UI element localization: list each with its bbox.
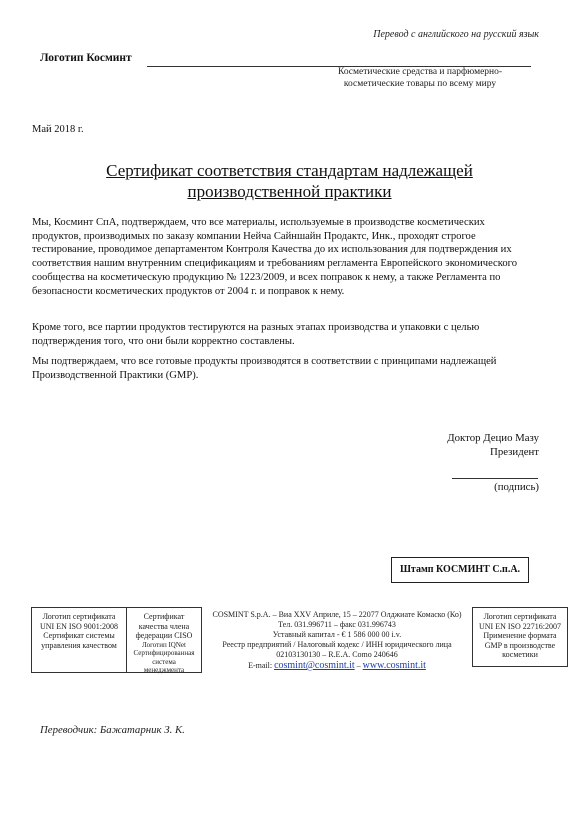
translator-credit: Переводчик: Бажатарник З. К. — [40, 724, 185, 736]
link-separator: – — [355, 661, 363, 670]
body-paragraph-1: Мы, Косминт СпА, подтверждаем, что все м… — [32, 216, 532, 298]
cert-line: косметики — [473, 650, 567, 660]
cert-line: Логотип сертификата — [32, 612, 126, 622]
cert-line: Логотип сертификата — [473, 612, 567, 622]
company-tagline: Косметические средства и парфюмерно- кос… — [320, 67, 520, 90]
cert-line: UNI EN ISO 9001:2008 — [32, 622, 126, 632]
cert-line: управления качеством — [32, 641, 126, 651]
tagline-line-2: косметические товары по всему миру — [320, 79, 520, 91]
cert-line: качества члена — [127, 622, 201, 632]
cert-line: Сертификат системы — [32, 631, 126, 641]
signatory-name: Доктор Децио Мазу — [447, 431, 539, 445]
signature-caption: (подпись) — [494, 481, 539, 493]
cert-line: Применение формата — [473, 631, 567, 641]
cert-line: федерации CISO — [127, 631, 201, 641]
cert-line: менеджмента — [127, 666, 201, 675]
cert-line: UNI EN ISO 22716:2007 — [473, 622, 567, 632]
company-phone-fax: Тел. 031.996711 – факс 031.996743 — [208, 620, 466, 630]
cert-line: GMP в производстве — [473, 641, 567, 651]
cert-line: Логотип IQNet — [127, 641, 201, 650]
title-line-2: производственной практики — [0, 181, 579, 202]
company-address: COSMINT S.p.A. – Виа XXV Априле, 15 – 22… — [208, 610, 466, 620]
ciso-cert-box: Сертификат качества члена федерации CISO… — [126, 607, 202, 673]
signature-line — [452, 478, 538, 479]
website-link[interactable]: www.cosmint.it — [363, 660, 426, 671]
company-contact-info: COSMINT S.p.A. – Виа XXV Априле, 15 – 22… — [208, 610, 466, 671]
company-logo-placeholder: Логотип Косминт — [40, 52, 132, 64]
company-registry-number: 02103130130 – R.E.A. Como 240646 — [208, 650, 466, 660]
cert-line: система — [127, 658, 201, 667]
cert-line: Сертификат — [127, 612, 201, 622]
body-paragraph-3: Мы подтверждаем, что все готовые продукт… — [32, 355, 532, 382]
title-line-1: Сертификат соответствия стандартам надле… — [0, 160, 579, 181]
cert-line: Сертифицированная — [127, 649, 201, 658]
iso-22716-cert-box: Логотип сертификата UNI EN ISO 22716:200… — [472, 607, 568, 667]
translation-note: Перевод с английского на русский язык — [373, 29, 539, 40]
body-paragraph-2: Кроме того, все партии продуктов тестиру… — [32, 321, 532, 348]
signatory-block: Доктор Децио Мазу Президент — [447, 431, 539, 459]
tagline-line-1: Косметические средства и парфюмерно- — [320, 67, 520, 79]
company-registry-label: Реестр предприятий / Налоговый кодекс / … — [208, 640, 466, 650]
email-link[interactable]: cosmint@cosmint.it — [274, 660, 355, 671]
signatory-position: Президент — [447, 445, 539, 459]
company-email-row: E-mail: cosmint@cosmint.it – www.cosmint… — [208, 661, 466, 671]
company-stamp-box: Штамп КОСМИНТ С.п.А. — [391, 557, 529, 583]
email-label: E-mail: — [248, 661, 272, 670]
document-date: Май 2018 г. — [32, 124, 84, 135]
company-capital: Уставный капитал - € 1 586 000 00 i.v. — [208, 630, 466, 640]
iso-9001-cert-box: Логотип сертификата UNI EN ISO 9001:2008… — [31, 607, 127, 673]
document-title: Сертификат соответствия стандартам надле… — [0, 160, 579, 202]
